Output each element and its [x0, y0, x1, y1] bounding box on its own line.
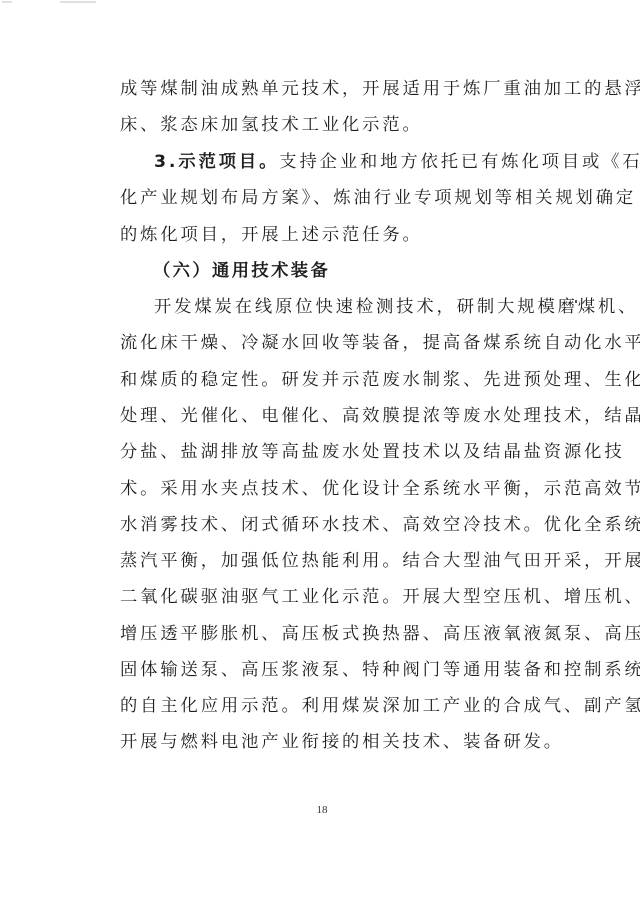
paragraph-line: 术。采用水夹点技术、优化设计全系统水平衡，示范高效节 — [120, 476, 550, 502]
paragraph-line: 成等煤制油成熟单元技术，开展适用于炼厂重油加工的悬浮 — [120, 76, 550, 102]
section-heading: （六）通用技术装备 — [153, 258, 583, 284]
item-lead: 3.示范项目。 — [154, 152, 279, 172]
page-number: 18 — [310, 804, 334, 816]
paragraph-line: 处理、光催化、电催化、高效膜提浓等废水处理技术，结晶 — [120, 403, 550, 429]
paragraph-line: 化产业规划布局方案》、炼油行业专项规划等相关规划确定 — [120, 185, 550, 211]
paragraph-line: 分盐、盐湖排放等高盐废水处置技术以及结晶盐资源化技 — [120, 439, 550, 465]
paragraph-line: 的自主化应用示范。利用煤炭深加工产业的合成气、副产氢， — [120, 693, 550, 719]
paragraph-line: 3.示范项目。支持企业和地方依托已有炼化项目或《石 — [154, 149, 584, 175]
paragraph-line: 流化床干燥、冷凝水回收等装备，提高备煤系统自动化水平 — [120, 330, 550, 356]
scan-speck — [575, 300, 577, 303]
paragraph-line: 水消雾技术、闭式循环水技术、高效空冷技术。优化全系统 — [120, 512, 550, 538]
paragraph-line: 的炼化项目，开展上述示范任务。 — [120, 222, 550, 248]
paragraph-line: 蒸汽平衡，加强低位热能利用。结合大型油气田开采，开展 — [120, 548, 550, 574]
paragraph-line: 开展与燃料电池产业衔接的相关技术、装备研发。 — [120, 729, 550, 755]
paragraph-line: 二氧化碳驱油驱气工业化示范。开展大型空压机、增压机、 — [120, 584, 550, 610]
paragraph-line: 固体输送泵、高压浆液泵、特种阀门等通用装备和控制系统 — [120, 657, 550, 683]
paragraph-line: 开发煤炭在线原位快速检测技术，研制大规模磨煤机、 — [154, 294, 584, 320]
document-page: 成等煤制油成熟单元技术，开展适用于炼厂重油加工的悬浮 床、浆态床加氢技术工业化示… — [0, 0, 640, 906]
item-text: 支持企业和地方依托已有炼化项目或《石 — [279, 152, 640, 172]
paragraph-line: 增压透平膨胀机、高压板式换热器、高压液氧液氮泵、高压 — [120, 621, 550, 647]
paragraph-line: 床、浆态床加氢技术工业化示范。 — [120, 112, 550, 138]
paragraph-line: 和煤质的稳定性。研发并示范废水制浆、先进预处理、生化 — [120, 367, 550, 393]
